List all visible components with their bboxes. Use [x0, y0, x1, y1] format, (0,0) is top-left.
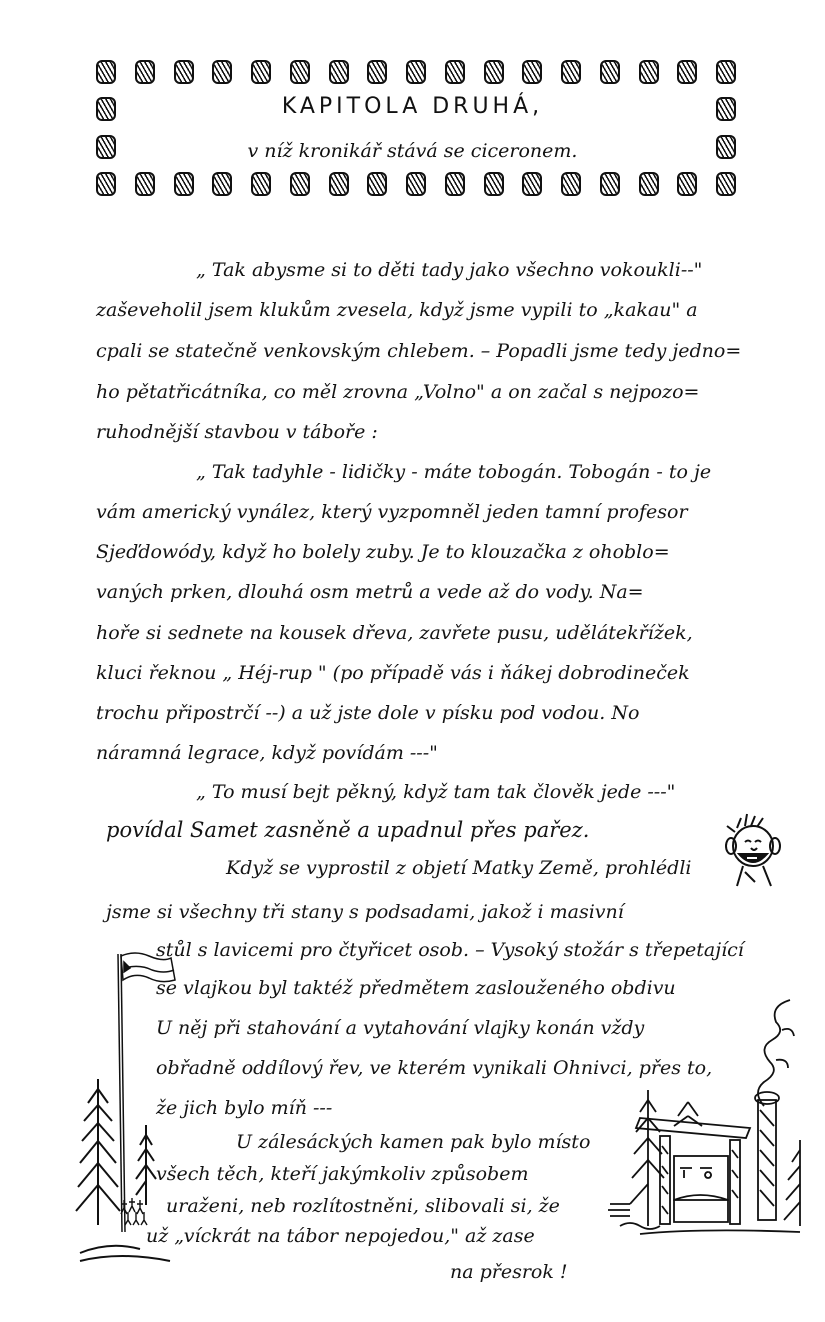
text-line: ho pětatřicátníka, co měl zrovna „Volno"… [96, 380, 699, 404]
spruce-trees-sketch-icon [80, 1075, 160, 1275]
frame-square [367, 60, 387, 84]
text-line: na přesrok ! [450, 1260, 568, 1284]
frame-square [716, 172, 736, 196]
frame-square [600, 60, 620, 84]
frame-square [329, 172, 349, 196]
text-line: Když se vyprostil z objetí Matky Země, p… [226, 856, 692, 880]
text-line: U zálesáckých kamen pak bylo místo [236, 1130, 590, 1154]
face-sketch-icon [715, 810, 795, 890]
frame-square [174, 172, 194, 196]
frame-square [484, 60, 504, 84]
text-line: vám americký vynález, který vyzpomněl je… [96, 500, 688, 524]
frame-square [406, 60, 426, 84]
text-line: se vlajkou byl taktéž předmětem zaslouže… [156, 976, 676, 1000]
text-line: uraženi, neb rozlítostněni, slibovali si… [166, 1194, 560, 1218]
text-line: jsme si všechny tři stany s podsadami, j… [106, 900, 624, 924]
frame-square [445, 172, 465, 196]
frame-square [677, 172, 697, 196]
frame-square [716, 60, 736, 84]
text-line: všech těch, kteří jakýmkoliv způsobem [156, 1162, 528, 1186]
frame-square [290, 60, 310, 84]
text-line: zaševeholil jsem klukům zvesela, když js… [96, 298, 698, 322]
text-line: „ Tak abysme si to děti tady jako všechn… [196, 258, 702, 282]
frame-square [522, 172, 542, 196]
frame-square [639, 172, 659, 196]
text-line: kluci řeknou „ Héj-rup " (po případě vás… [96, 661, 690, 685]
frame-square [445, 60, 465, 84]
frame-square [484, 172, 504, 196]
text-line: už „víckrát na tábor nepojedou," až zase [146, 1224, 535, 1248]
text-line: náramná legrace, když povídám ---" [96, 741, 438, 765]
text-line: vaných prken, dlouhá osm metrů a vede až… [96, 580, 644, 604]
frame-square [600, 172, 620, 196]
frame-square [212, 60, 232, 84]
header-frame-bottom [96, 172, 736, 198]
frame-square [522, 60, 542, 84]
marching-figures-sketch-icon [118, 1196, 158, 1226]
frame-square [96, 172, 116, 196]
header-frame-top [96, 60, 736, 86]
frame-square [406, 172, 426, 196]
frame-square [135, 172, 155, 196]
frame-square [639, 60, 659, 84]
frame-square [290, 172, 310, 196]
text-line: Sjeďdowódy, když ho bolely zuby. Je to k… [96, 540, 670, 564]
frame-square [251, 60, 271, 84]
text-line: hoře si sednete na kousek dřeva, zavřete… [96, 621, 693, 645]
text-line: cpali se statečně venkovským chlebem. – … [96, 339, 741, 363]
frame-square [96, 60, 116, 84]
chapter-title: KAPITOLA DRUHÁ, [0, 94, 825, 119]
camp-stove-sketch-icon [600, 990, 825, 1240]
chapter-subtitle: v níž kronikář stává se ciceronem. [0, 140, 825, 162]
chronicle-page: KAPITOLA DRUHÁ, v níž kronikář stává se … [0, 0, 825, 1322]
text-line: „ To musí bejt pěkný, když tam tak člově… [196, 780, 675, 804]
frame-square [367, 172, 387, 196]
text-line: „ Tak tadyhle - lidičky - máte tobogán. … [196, 460, 711, 484]
frame-square [677, 60, 697, 84]
frame-square [561, 172, 581, 196]
frame-square [135, 60, 155, 84]
text-line: ruhodnější stavbou v táboře : [96, 420, 378, 444]
frame-square [329, 60, 349, 84]
frame-square [251, 172, 271, 196]
frame-square [174, 60, 194, 84]
text-line: trochu připostrčí --) a už jste dole v p… [96, 701, 639, 725]
text-line: povídal Samet zasněně a upadnul přes pař… [106, 818, 589, 842]
frame-square [561, 60, 581, 84]
text-line: stůl s lavicemi pro čtyřicet osob. – Vys… [156, 938, 744, 962]
text-line: U něj při stahování a vytahování vlajky … [156, 1016, 644, 1040]
frame-square [212, 172, 232, 196]
